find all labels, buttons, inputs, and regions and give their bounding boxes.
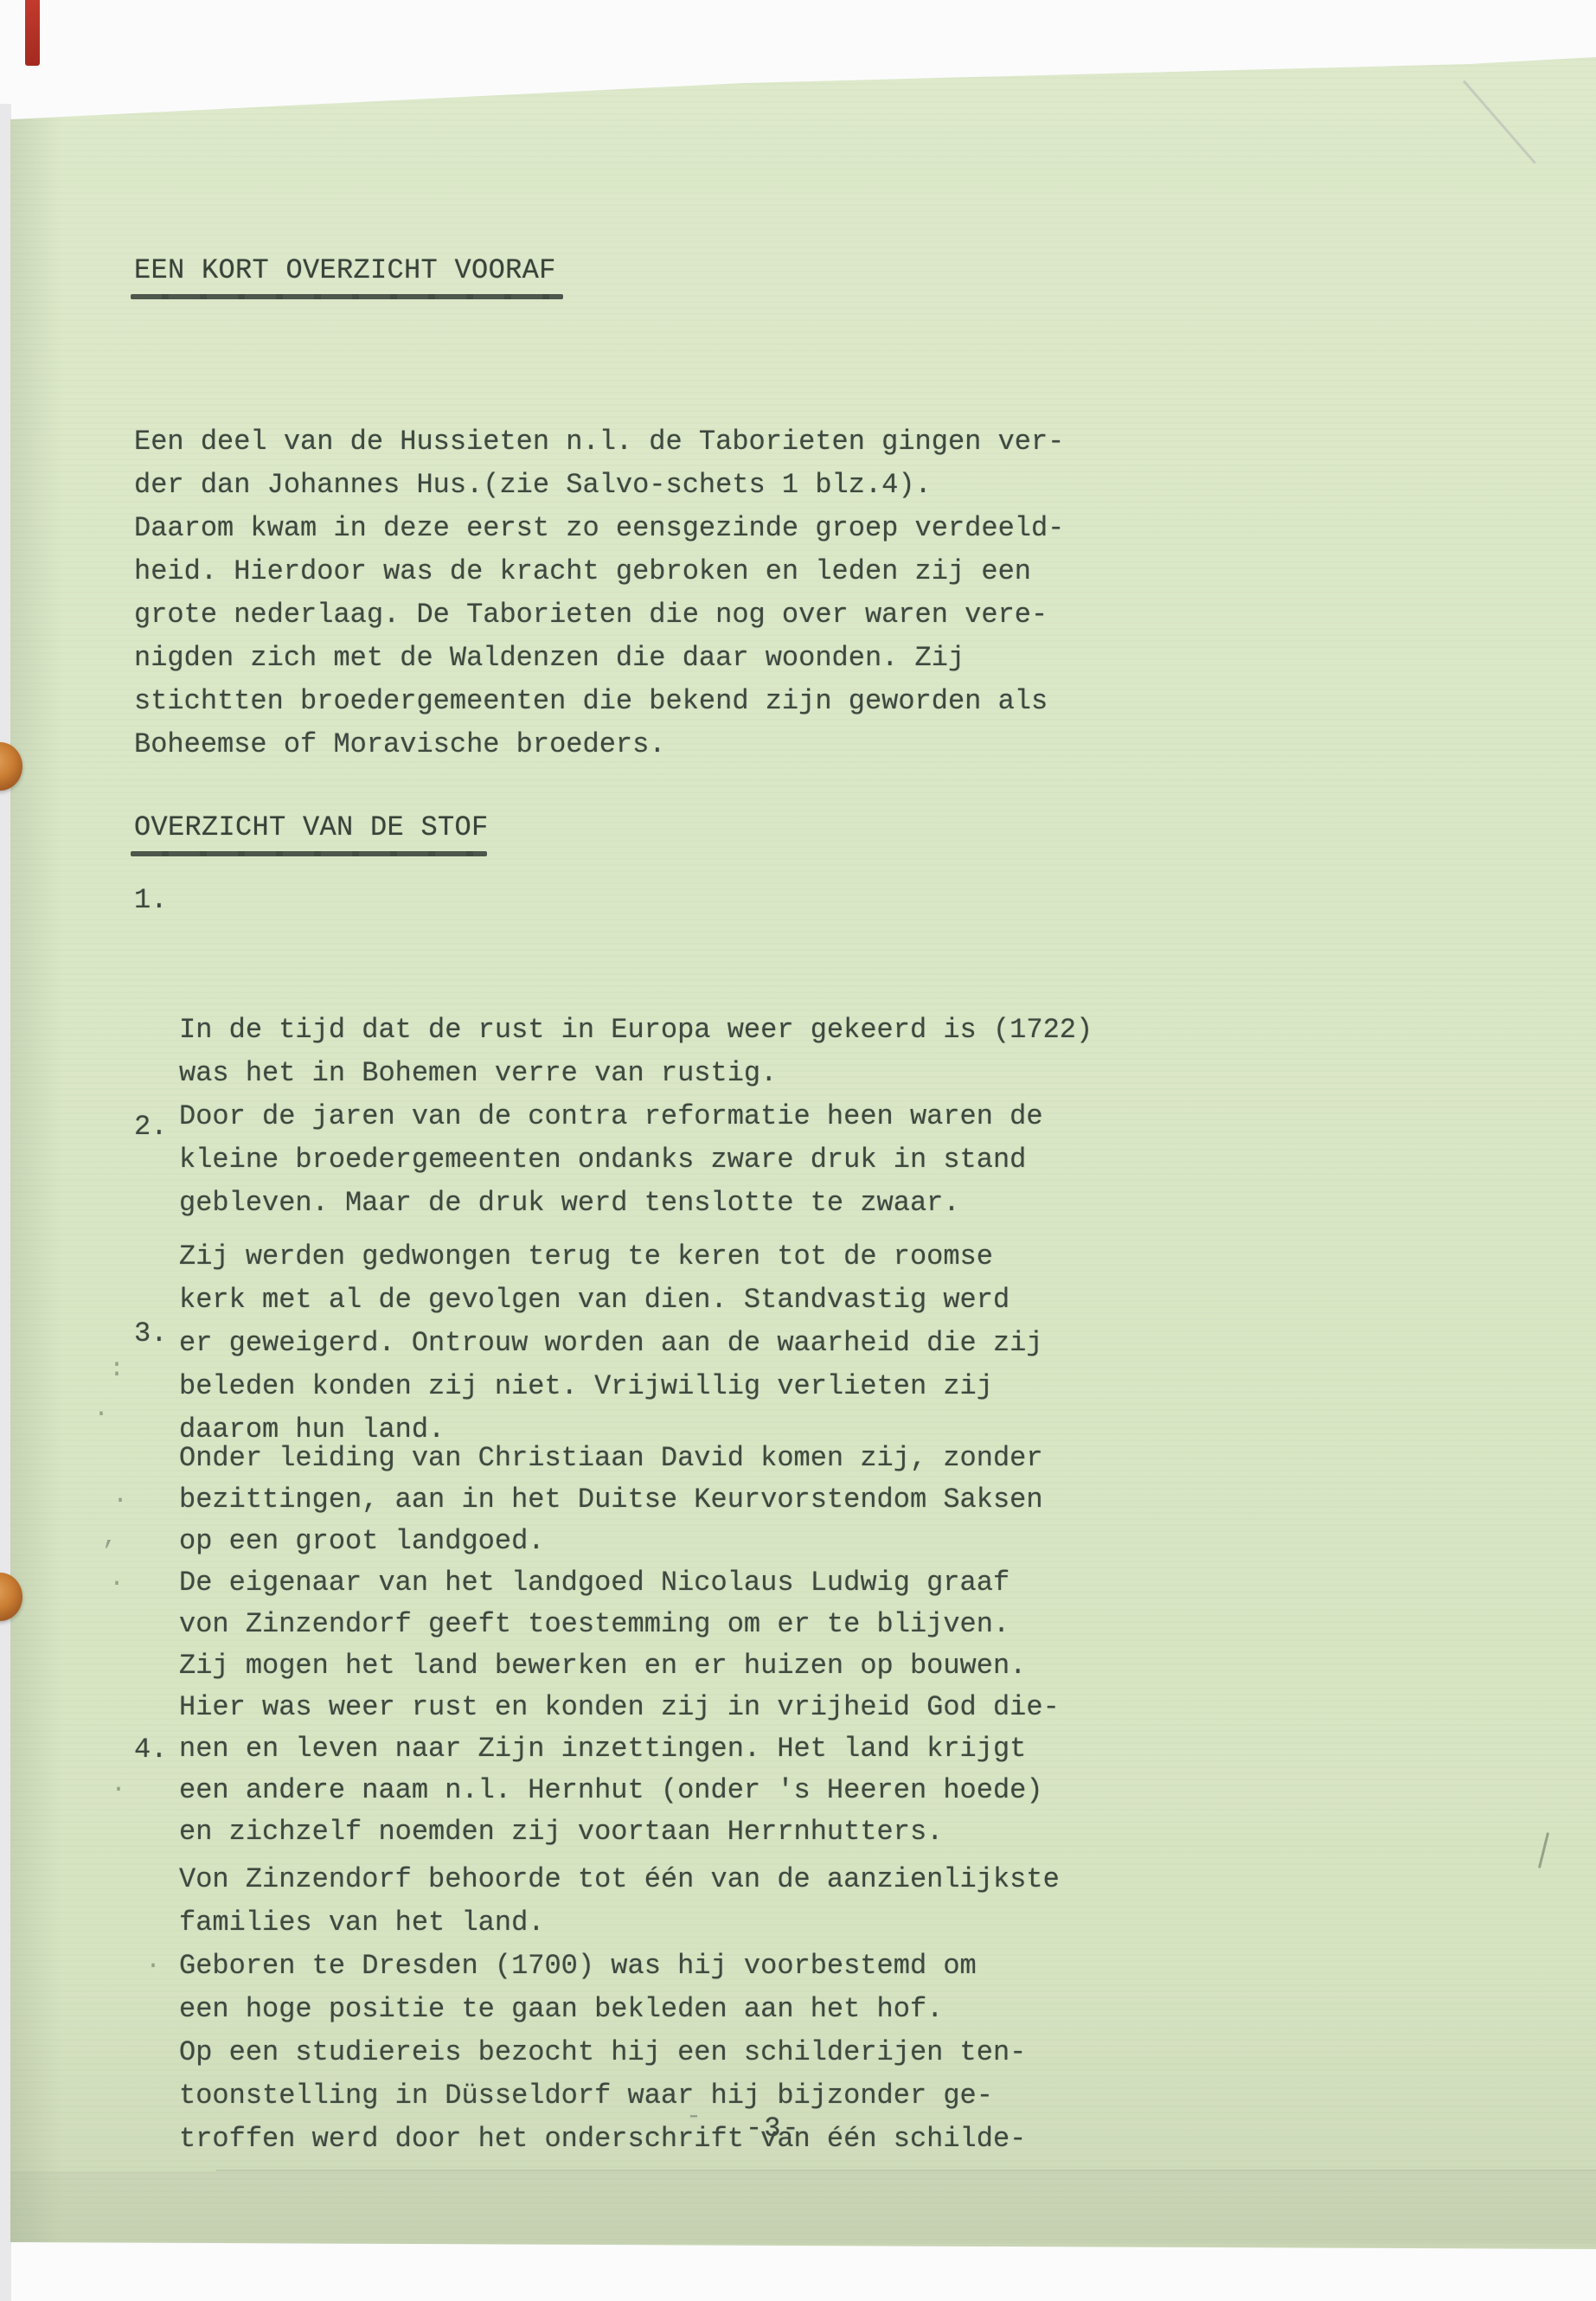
text-line: Geboren te Dresden (1700) was hij voorbe… (179, 1945, 1060, 1988)
scanned-document-screenshot: { "document": { "page_number": "-3-", "s… (0, 0, 1596, 2301)
list-item-number: 4. (134, 1728, 167, 1772)
scan-speck: . (112, 1481, 128, 1510)
corner-crease-line (1463, 80, 1536, 164)
scan-speck: - (686, 2102, 702, 2131)
text-line: Zij werden gedwongen terug te keren tot … (179, 1235, 1043, 1279)
bottom-shadow (10, 2171, 1596, 2244)
page-number: -3- (746, 2112, 801, 2144)
text-line: Zij mogen het land bewerken en er huizen… (179, 1645, 1060, 1687)
text-line: families van het land. (179, 1901, 1060, 1945)
text-line: toonstelling in Düsseldorf waar hij bijz… (179, 2074, 1060, 2118)
text-line: Boheemse of Moravische broeders. (134, 723, 1064, 766)
text-line: Op een studiereis bezocht hij een schild… (179, 2031, 1060, 2074)
text-line: was het in Bohemen verre van rustig. (179, 1052, 1093, 1095)
list-item-number: 1. (134, 879, 167, 922)
text-line: een hoge positie te gaan bekleden aan he… (179, 1988, 1060, 2031)
text-line: Een deel van de Hussieten n.l. de Tabori… (134, 420, 1064, 464)
scan-speck: : (109, 1355, 125, 1384)
text-line: grote nederlaag. De Taborieten die nog o… (134, 593, 1064, 637)
heading-underline (131, 851, 487, 856)
text-line: op een groot landgoed. (179, 1521, 1060, 1562)
heading-underline (131, 294, 563, 299)
text-line: von Zinzendorf geeft toestemming om er t… (179, 1604, 1060, 1645)
paragraph-intro: Een deel van de Hussieten n.l. de Tabori… (134, 420, 1064, 766)
list-item-number: 3. (134, 1313, 167, 1355)
scan-speck: . (145, 1946, 161, 1976)
text-line: troffen werd door het onderschrift van é… (179, 2118, 1060, 2161)
scan-speck: , (102, 1522, 118, 1552)
text-line: der dan Johannes Hus.(zie Salvo-schets 1… (134, 464, 1064, 507)
scan-speck: · (111, 1775, 126, 1804)
text-line: heid. Hierdoor was de kracht gebroken en… (134, 550, 1064, 593)
scan-speck: . (109, 1564, 125, 1593)
red-edge-mark (25, 0, 40, 66)
section-heading-overzicht-vooraf: EEN KORT OVERZICHT VOORAF (134, 254, 556, 286)
list-item-number: 2. (134, 1106, 167, 1149)
text-line: In de tijd dat de rust in Europa weer ge… (179, 1009, 1093, 1052)
text-line: Von Zinzendorf behoorde tot één van de a… (179, 1858, 1060, 1901)
list-item-text: Von Zinzendorf behoorde tot één van de a… (179, 1858, 1060, 2161)
scan-speck: · (93, 1400, 109, 1429)
right-edge-mark (1538, 1832, 1549, 1868)
text-line: nigden zich met de Waldenzen die daar wo… (134, 637, 1064, 680)
text-line: Hier was weer rust en konden zij in vrij… (179, 1687, 1060, 1728)
text-line: De eigenaar van het landgoed Nicolaus Lu… (179, 1562, 1060, 1604)
text-line: bezittingen, aan in het Duitse Keurvorst… (179, 1479, 1060, 1521)
section-heading-overzicht-stof: OVERZICHT VAN DE STOF (134, 811, 489, 843)
scanner-background-strip (0, 104, 11, 2301)
text-line: Onder leiding van Christiaan David komen… (179, 1438, 1060, 1479)
text-line: Daarom kwam in deze eerst zo eensgezinde… (134, 507, 1064, 550)
text-line: stichtten broedergemeenten die bekend zi… (134, 680, 1064, 723)
document-page: EEN KORT OVERZICHT VOORAF Een deel van d… (0, 0, 1596, 2301)
